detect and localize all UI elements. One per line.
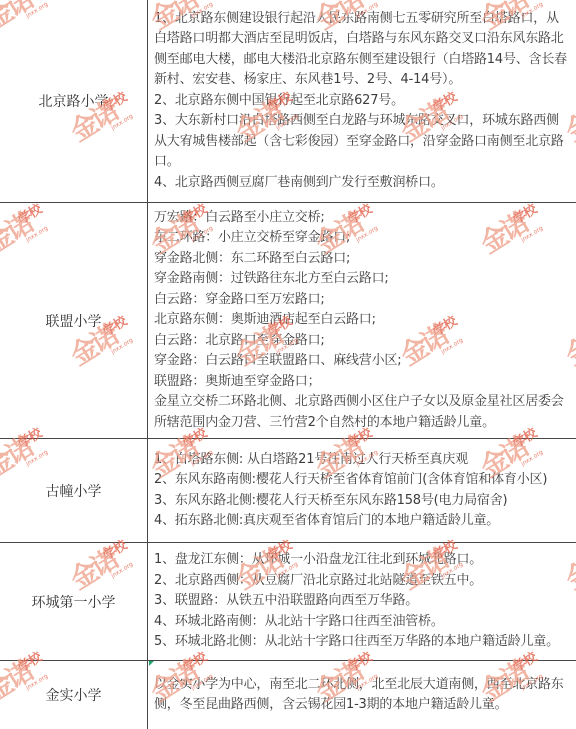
district-line: 北京路东侧：奥斯迪酒店起至白云路口; xyxy=(154,310,574,331)
district-line: 3、大东新村口沿白塔路西侧至白龙路与环城东路交叉口，环城东路西侧 xyxy=(154,111,574,132)
district-description-cell: 以金实小学为中心，南至北二环北侧，北至北辰大道南侧，西至北京路东侧，冬至昆曲路西… xyxy=(148,661,576,729)
district-line: 万宏路：白云路至小庄立交桥; xyxy=(154,208,574,229)
district-description-cell: 1、盘龙江东侧：从环城一小沿盘龙江往北到环城北路口。2、北京路西侧：从豆腐厂沿北… xyxy=(148,543,576,660)
school-name-cell: 联盟小学 xyxy=(0,203,148,438)
district-line: 以金实小学为中心，南至北二环北侧，北至北辰大道南侧，西至北京路东 xyxy=(154,675,574,696)
district-line: 穿金路北侧：东二环路至白云路口; xyxy=(154,249,574,270)
district-line: 2、北京路西侧：从豆腐厂沿北京路过北站隧道至铁五中。 xyxy=(154,571,574,592)
district-line: 白云路：北京路口至穿金路口; xyxy=(154,331,574,352)
district-description-cell: 万宏路：白云路至小庄立交桥;东二环路：小庄立交桥至穿金路口;穿金路北侧：东二环路… xyxy=(148,203,576,438)
district-line: 口。 xyxy=(154,152,574,173)
district-description-cell: 1、北京路东侧建设银行起沿人民东路南侧七五零研究所至白塔路口，从白塔路口明都大酒… xyxy=(148,0,576,202)
school-name-cell: 环城第一小学 xyxy=(0,543,148,660)
district-line: 金星立交桥二环路北侧、北京路西侧小区住户子女以及原金星社区居委会 xyxy=(154,392,574,413)
school-name: 联盟小学 xyxy=(46,311,102,331)
district-line: 侧至邮电大楼，邮电大楼沿北京路东侧至建设银行（白塔路14号、含长春 xyxy=(154,50,574,71)
district-line: 4、北京路西侧豆腐厂巷南侧到广发行至敷润桥口。 xyxy=(154,173,574,194)
school-name: 古幢小学 xyxy=(46,481,102,501)
school-name-cell: 北京路小学 xyxy=(0,0,148,202)
cell-comment-marker xyxy=(149,661,154,666)
district-line: 从大宥城售楼部起（含七彩俊园）至穿金路口，沿穿金路口南侧至北京路 xyxy=(154,132,574,153)
table-row: 金实小学 以金实小学为中心，南至北二环北侧，北至北辰大道南侧，西至北京路东侧，冬… xyxy=(0,661,576,729)
district-line: 侧，冬至昆曲路西侧，含云锡花园1-3期的本地户籍适龄儿童。 xyxy=(154,695,574,716)
district-line: 2、东风东路南侧:樱花人行天桥至省体育馆前门(含体育馆和体育小区) xyxy=(154,470,574,491)
district-line: 1、北京路东侧建设银行起沿人民东路南侧七五零研究所至白塔路口，从 xyxy=(154,9,574,30)
district-line: 穿金路南侧：过铁路往东北方至白云路口; xyxy=(154,269,574,290)
table-row: 古幢小学 1、白塔路东侧: 从白塔路21号往南过人行天桥至真庆观2、东风东路南侧… xyxy=(0,439,576,543)
district-line: 联盟路：奥斯迪至穿金路口； xyxy=(154,372,574,393)
table-row: 环城第一小学 1、盘龙江东侧：从环城一小沿盘龙江往北到环城北路口。2、北京路西侧… xyxy=(0,543,576,661)
district-line: 4、拓东路北侧:真庆观至省体育馆后门的本地户籍适龄儿童。 xyxy=(154,511,574,532)
district-line: 1、盘龙江东侧：从环城一小沿盘龙江往北到环城北路口。 xyxy=(154,550,574,571)
district-line: 4、环城北路南侧：从北站十字路口往西至油管桥。 xyxy=(154,612,574,633)
table-row: 北京路小学 1、北京路东侧建设银行起沿人民东路南侧七五零研究所至白塔路口，从白塔… xyxy=(0,0,576,203)
district-line: 新村、宏安巷、杨家庄、东风巷1号、2号、4-14号）。 xyxy=(154,70,574,91)
school-name: 环城第一小学 xyxy=(32,592,116,612)
school-name-cell: 古幢小学 xyxy=(0,439,148,542)
district-line: 东二环路：小庄立交桥至穿金路口; xyxy=(154,228,574,249)
district-line: 3、东风东路北侧:樱花人行天桥至东风东路158号(电力局宿舍) xyxy=(154,491,574,512)
district-line: 穿金路：白云路口至联盟路口、麻线营小区; xyxy=(154,351,574,372)
district-line: 所辖范围内金刀营、三竹营2个自然村的本地户籍适龄儿童。 xyxy=(154,413,574,434)
district-line: 2、北京路东侧中国银行起至北京路627号。 xyxy=(154,91,574,112)
district-line: 5、环城北路北侧：从北站十字路口往西至万华路的本地户籍适龄儿童。 xyxy=(154,632,574,653)
district-line: 白塔路口明都大酒店至昆明饭店，白塔路与东风东路交叉口沿东风东路北 xyxy=(154,29,574,50)
district-line: 白云路：穿金路口至万宏路口; xyxy=(154,290,574,311)
table-row: 联盟小学 万宏路：白云路至小庄立交桥;东二环路：小庄立交桥至穿金路口;穿金路北侧… xyxy=(0,203,576,439)
school-name-cell: 金实小学 xyxy=(0,661,148,729)
district-table: 北京路小学 1、北京路东侧建设银行起沿人民东路南侧七五零研究所至白塔路口，从白塔… xyxy=(0,0,576,729)
district-line: 3、联盟路：从铁五中沿联盟路向西至万华路。 xyxy=(154,591,574,612)
school-name: 金实小学 xyxy=(46,685,102,705)
district-line: 1、白塔路东侧: 从白塔路21号往南过人行天桥至真庆观 xyxy=(154,450,574,471)
school-district-document: 金诺学校jnxx.org金诺学校jnxx.org金诺学校jnxx.org金诺学校… xyxy=(0,0,576,729)
district-description-cell: 1、白塔路东侧: 从白塔路21号往南过人行天桥至真庆观2、东风东路南侧:樱花人行… xyxy=(148,439,576,542)
school-name: 北京路小学 xyxy=(39,91,109,111)
